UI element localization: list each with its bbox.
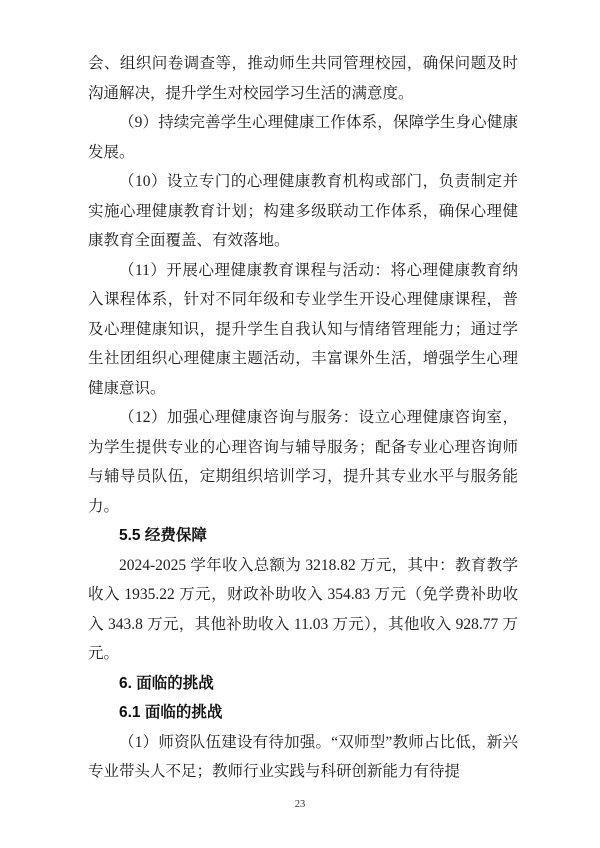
page-number: 23 <box>0 799 600 810</box>
paragraph-item-12: （12）加强心理健康咨询与服务：设立心理健康咨询室，为学生提供专业的心理咨询与辅… <box>88 403 518 521</box>
paragraph-challenge-1: （1）师资队伍建设有待加强。“双师型”教师占比低，新兴专业带头人不足；教师行业实… <box>88 728 518 787</box>
paragraph-income-figures: 2024-2025 学年收入总额为 3218.82 万元，其中：教育教学收入 1… <box>88 551 518 669</box>
paragraph-campus-management: 会、组织问卷调查等，推动师生共同管理校园，确保问题及时沟通解决，提升学生对校园学… <box>88 49 518 108</box>
paragraph-item-11: （11）开展心理健康教育课程与活动：将心理健康教育纳入课程体系，针对不同年级和专… <box>88 256 518 404</box>
document-page: 会、组织问卷调查等，推动师生共同管理校园，确保问题及时沟通解决，提升学生对校园学… <box>0 0 600 848</box>
page-content: 会、组织问卷调查等，推动师生共同管理校园，确保问题及时沟通解决，提升学生对校园学… <box>88 49 518 787</box>
section-heading-challenges: 6. 面临的挑战 <box>88 669 518 699</box>
subsection-heading-challenges: 6.1 面临的挑战 <box>88 698 518 728</box>
paragraph-item-9: （9）持续完善学生心理健康工作体系，保障学生身心健康发展。 <box>88 108 518 167</box>
section-heading-funding-guarantee: 5.5 经费保障 <box>88 521 518 551</box>
paragraph-item-10: （10）设立专门的心理健康教育机构或部门，负责制定并实施心理健康教育计划；构建多… <box>88 167 518 256</box>
